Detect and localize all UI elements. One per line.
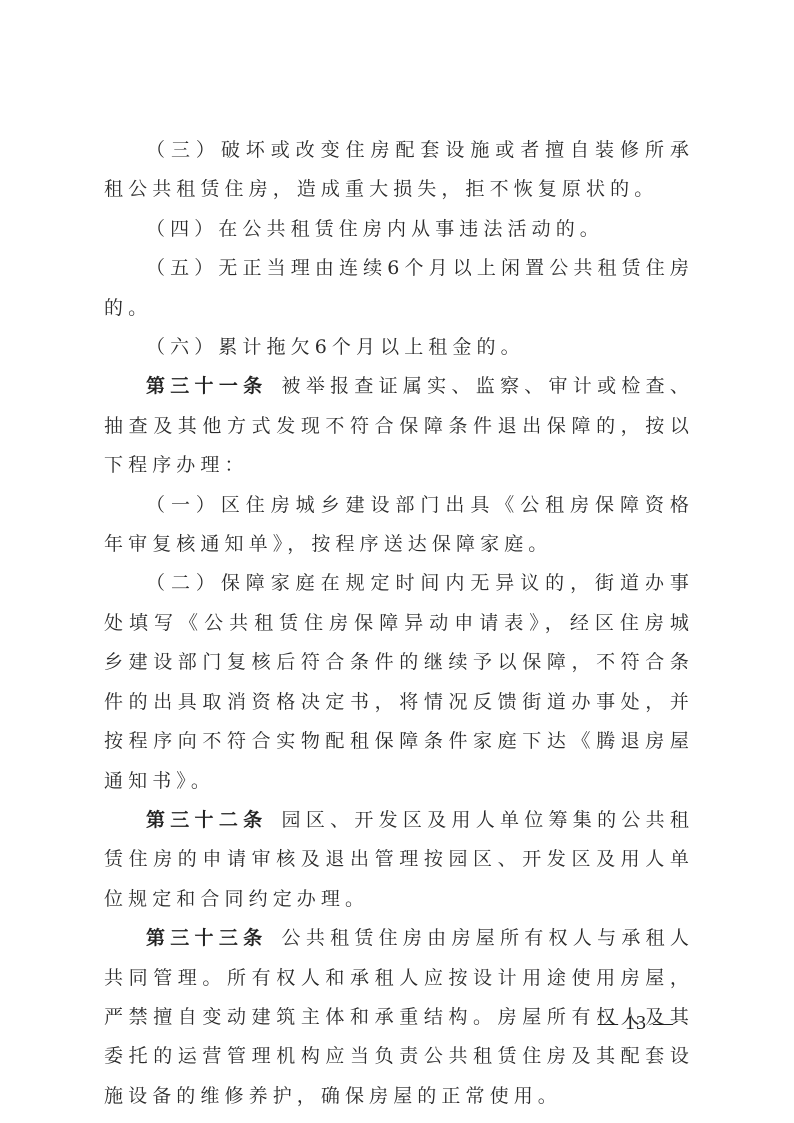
paragraph-item-6: （六）累计拖欠6个月以上租金的。 <box>104 328 694 367</box>
paragraph-text: （三）破坏或改变住房配套设施或者擅自装修所承租公共租赁住房，造成重大损失，拒不恢… <box>104 139 694 200</box>
article-32: 第三十二条园区、开发区及用人单位筹集的公共租赁住房的申请审核及退出管理按园区、开… <box>104 801 694 919</box>
paragraph-item-5: （五）无正当理由连续6个月以上闲置公共租赁住房的。 <box>104 249 694 328</box>
document-page: （三）破坏或改变住房配套设施或者擅自装修所承租公共租赁住房，造成重大损失，拒不恢… <box>104 131 694 1116</box>
article-heading: 第三十三条 <box>146 927 267 949</box>
paragraph-text: （六）累计拖欠6个月以上租金的。 <box>146 336 525 358</box>
paragraph-text: （五）无正当理由连续6个月以上闲置公共租赁住房的。 <box>104 257 694 318</box>
paragraph-text: （二）保障家庭在规定时间内无异议的，街道办事处填写《公共租赁住房保障异动申请表》… <box>104 572 694 791</box>
article-heading: 第三十二条 <box>146 809 267 831</box>
paragraph-text: （一）区住房城乡建设部门出具《公租房保障资格年审复核通知单》，按程序送达保障家庭… <box>104 494 694 555</box>
paragraph-item-4: （四）在公共租赁住房内从事违法活动的。 <box>104 210 694 249</box>
article-heading: 第三十一条 <box>146 375 267 397</box>
article-31: 第三十一条被举报查证属实、监察、审计或检查、抽查及其他方式发现不符合保障条件退出… <box>104 367 694 485</box>
paragraph-item-3: （三）破坏或改变住房配套设施或者擅自装修所承租公共租赁住房，造成重大损失，拒不恢… <box>104 131 694 210</box>
article-31-item-1: （一）区住房城乡建设部门出具《公租房保障资格年审复核通知单》，按程序送达保障家庭… <box>104 486 694 565</box>
article-31-item-2: （二）保障家庭在规定时间内无异议的，街道办事处填写《公共租赁住房保障异动申请表》… <box>104 564 694 800</box>
page-number: — 13 — <box>598 1012 674 1035</box>
paragraph-text: （四）在公共租赁住房内从事违法活动的。 <box>146 218 604 240</box>
